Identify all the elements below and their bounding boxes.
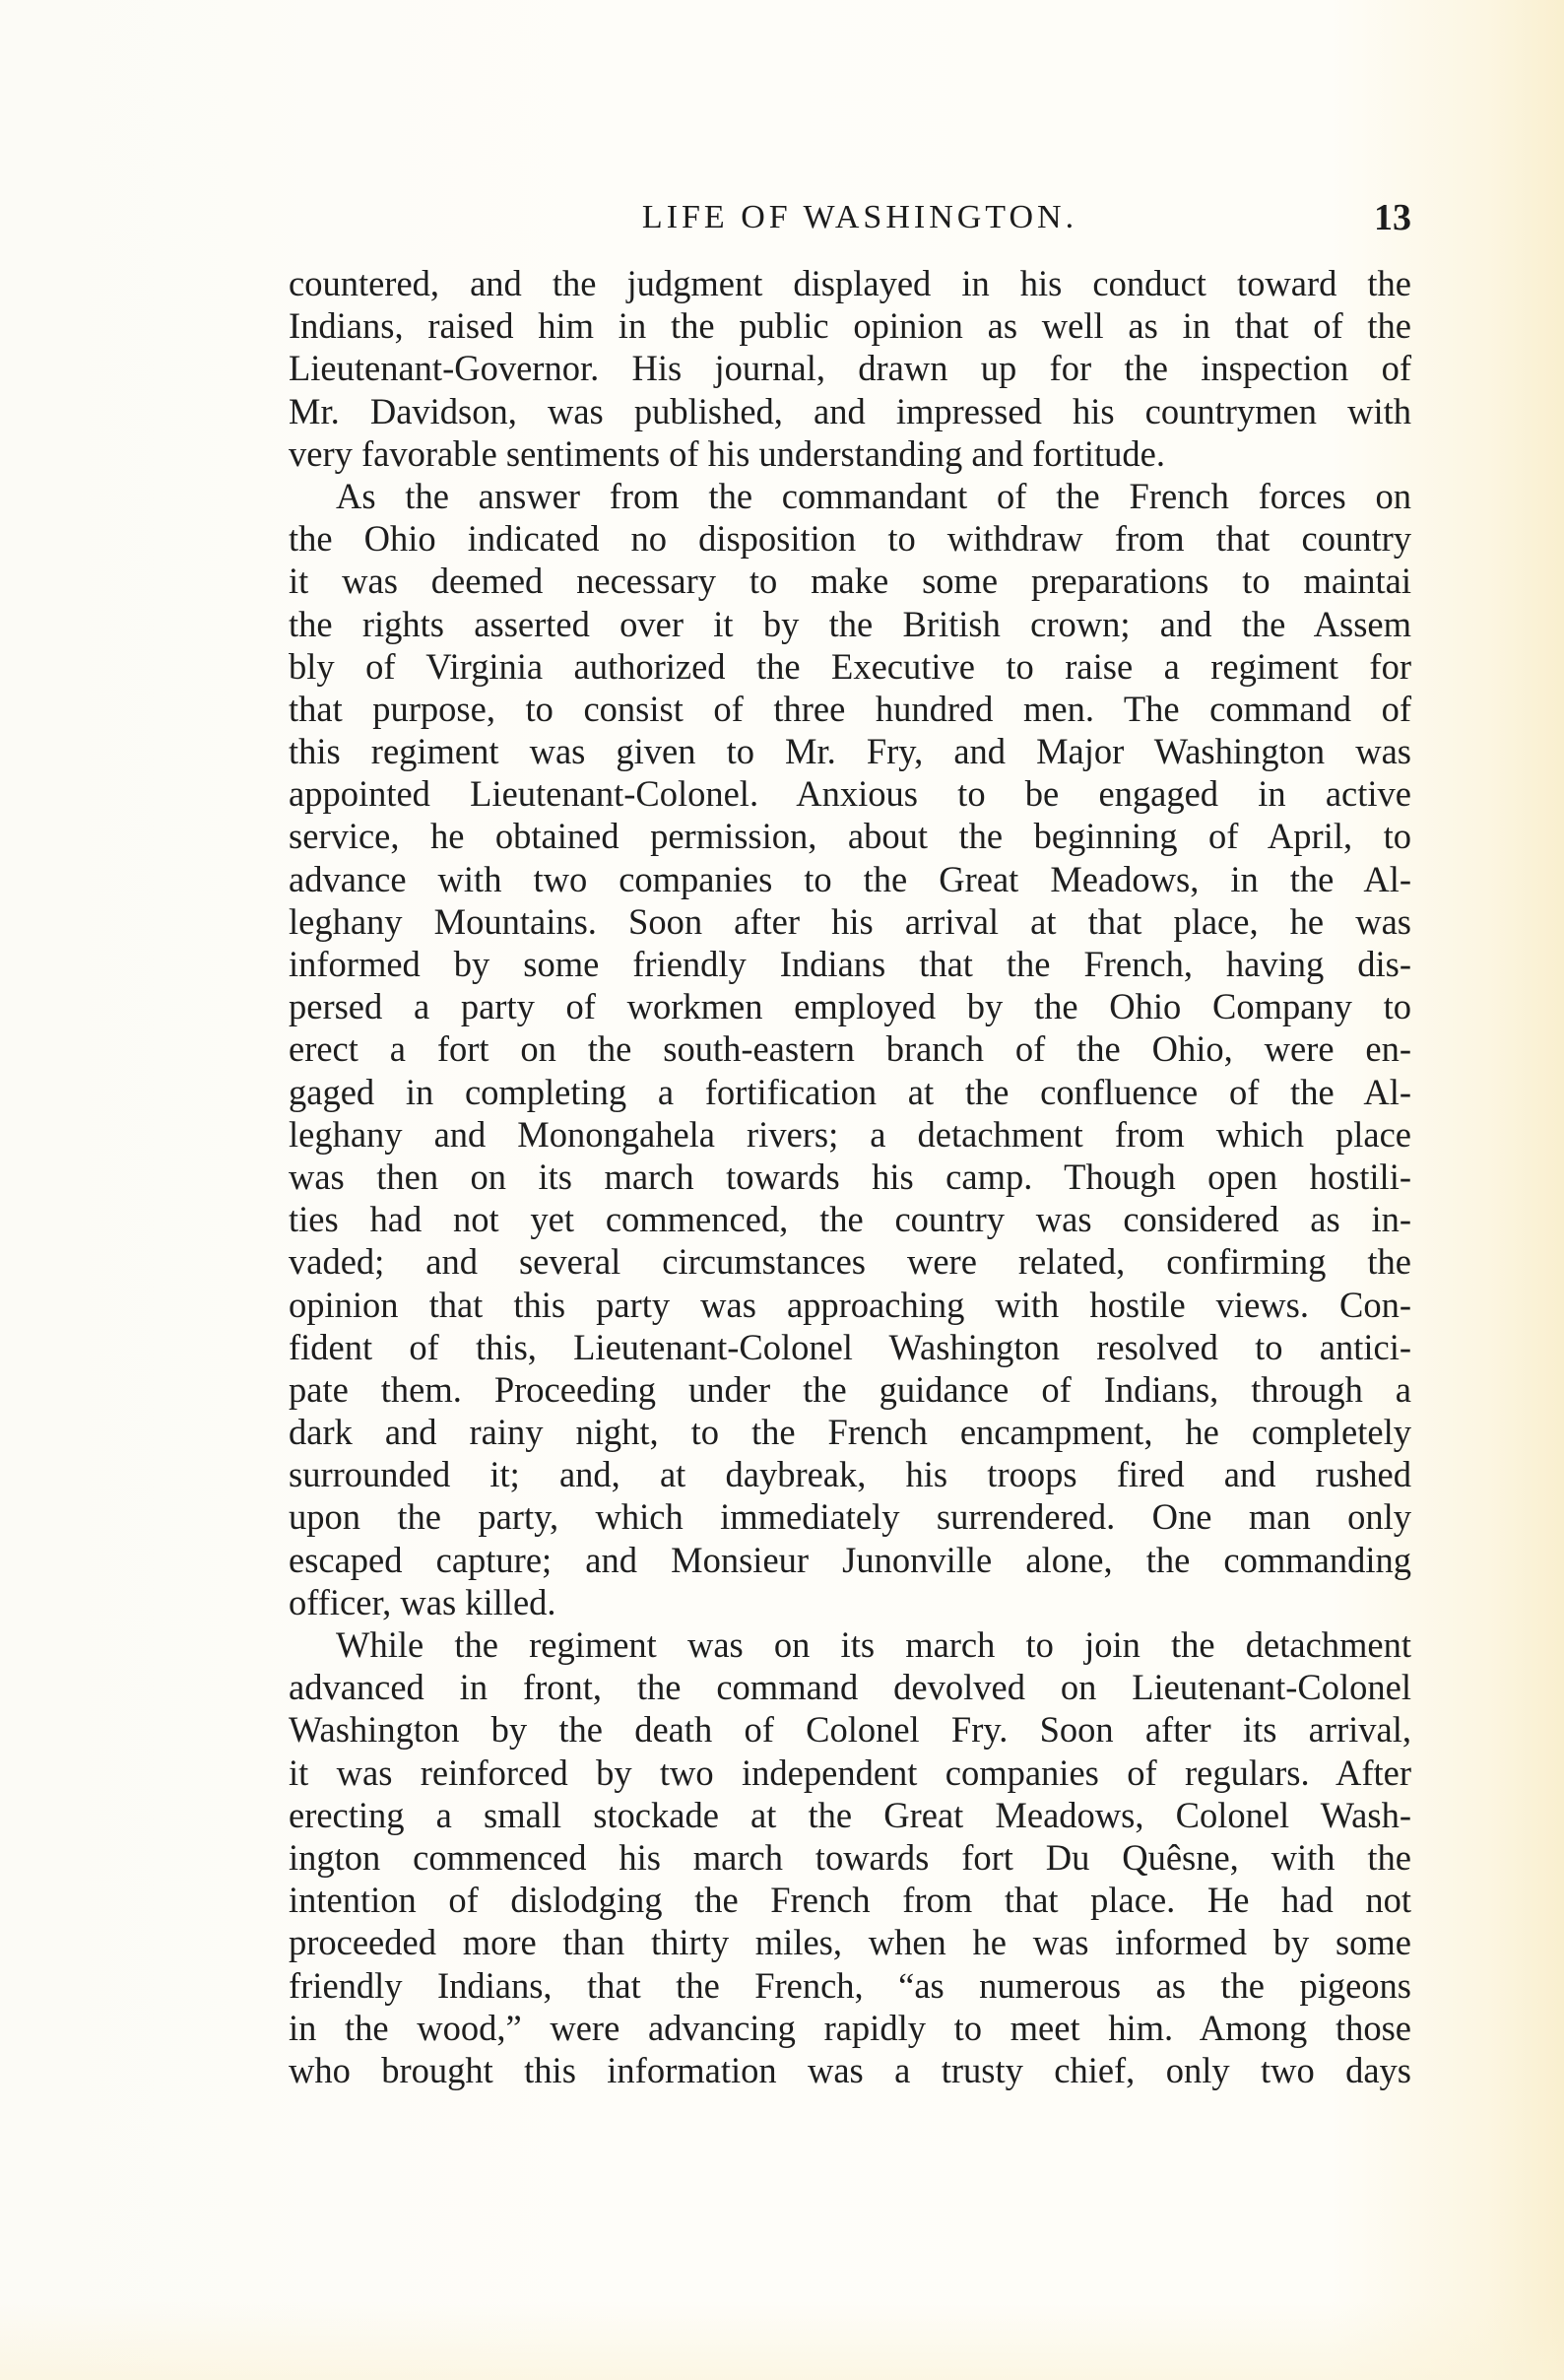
text-line: erecting a small stockade at the Great M… xyxy=(289,1794,1411,1836)
text-line: that purpose, to consist of three hundre… xyxy=(289,688,1411,730)
text-line: upon the party, which immediately surren… xyxy=(289,1495,1411,1538)
paragraph-1: countered, and the judgment displayed in… xyxy=(289,262,1411,475)
text-line: this regiment was given to Mr. Fry, and … xyxy=(289,730,1411,772)
text-line: it was deemed necessary to make some pre… xyxy=(289,560,1411,602)
text-line: leghany Mountains. Soon after his arriva… xyxy=(289,900,1411,943)
text-line: officer, was killed. xyxy=(289,1581,1411,1623)
text-line: service, he obtained permission, about t… xyxy=(289,815,1411,857)
text-line: was then on its march towards his camp. … xyxy=(289,1156,1411,1198)
text-line: ties had not yet commenced, the country … xyxy=(289,1198,1411,1240)
text-line: Washington by the death of Colonel Fry. … xyxy=(289,1708,1411,1751)
text-line: surrounded it; and, at daybreak, his tro… xyxy=(289,1453,1411,1495)
text-line: advanced in front, the command devolved … xyxy=(289,1666,1411,1708)
text-line: As the answer from the commandant of the… xyxy=(289,475,1411,517)
text-line: friendly Indians, that the French, “as n… xyxy=(289,1964,1411,2007)
book-page: LIFE OF WASHINGTON. 13 countered, and th… xyxy=(0,0,1564,2380)
text-line: vaded; and several circumstances were re… xyxy=(289,1240,1411,1283)
text-line: dark and rainy night, to the French enca… xyxy=(289,1411,1411,1453)
text-line: gaged in completing a fortification at t… xyxy=(289,1071,1411,1113)
text-line: the Ohio indicated no disposition to wit… xyxy=(289,517,1411,560)
text-line: it was reinforced by two independent com… xyxy=(289,1752,1411,1794)
running-title: LIFE OF WASHINGTON. xyxy=(289,193,1411,242)
text-line: advance with two companies to the Great … xyxy=(289,858,1411,900)
text-line: who brought this information was a trust… xyxy=(289,2049,1411,2091)
text-line: While the regiment was on its march to j… xyxy=(289,1623,1411,1666)
text-line: intention of dislodging the French from … xyxy=(289,1879,1411,1921)
running-head: LIFE OF WASHINGTON. 13 xyxy=(289,193,1411,242)
text-line: informed by some friendly Indians that t… xyxy=(289,943,1411,985)
paragraph-2: As the answer from the commandant of the… xyxy=(289,475,1411,1623)
body-text: countered, and the judgment displayed in… xyxy=(289,262,1411,2091)
text-line: Indians, raised him in the public opinio… xyxy=(289,304,1411,347)
text-line: Lieutenant-Governor. His journal, drawn … xyxy=(289,347,1411,389)
text-line: persed a party of workmen employed by th… xyxy=(289,985,1411,1027)
text-line: the rights asserted over it by the Briti… xyxy=(289,603,1411,645)
paragraph-3: While the regiment was on its march to j… xyxy=(289,1623,1411,2091)
text-line: Mr. Davidson, was published, and impress… xyxy=(289,390,1411,432)
text-line: appointed Lieutenant-Colonel. Anxious to… xyxy=(289,772,1411,815)
text-line: ington commenced his march towards fort … xyxy=(289,1836,1411,1879)
text-line: in the wood,” were advancing rapidly to … xyxy=(289,2007,1411,2049)
text-line: proceeded more than thirty miles, when h… xyxy=(289,1921,1411,1963)
text-line: leghany and Monongahela rivers; a detach… xyxy=(289,1113,1411,1156)
text-line: countered, and the judgment displayed in… xyxy=(289,262,1411,304)
text-line: opinion that this party was approaching … xyxy=(289,1284,1411,1326)
text-line: very favorable sentiments of his underst… xyxy=(289,432,1411,475)
text-line: escaped capture; and Monsieur Junonville… xyxy=(289,1539,1411,1581)
text-line: pate them. Proceeding under the guidance… xyxy=(289,1368,1411,1411)
text-line: bly of Virginia authorized the Executive… xyxy=(289,645,1411,688)
text-line: fident of this, Lieutenant-Colonel Washi… xyxy=(289,1326,1411,1368)
text-line: erect a fort on the south-eastern branch… xyxy=(289,1027,1411,1070)
page-number: 13 xyxy=(1374,193,1411,242)
